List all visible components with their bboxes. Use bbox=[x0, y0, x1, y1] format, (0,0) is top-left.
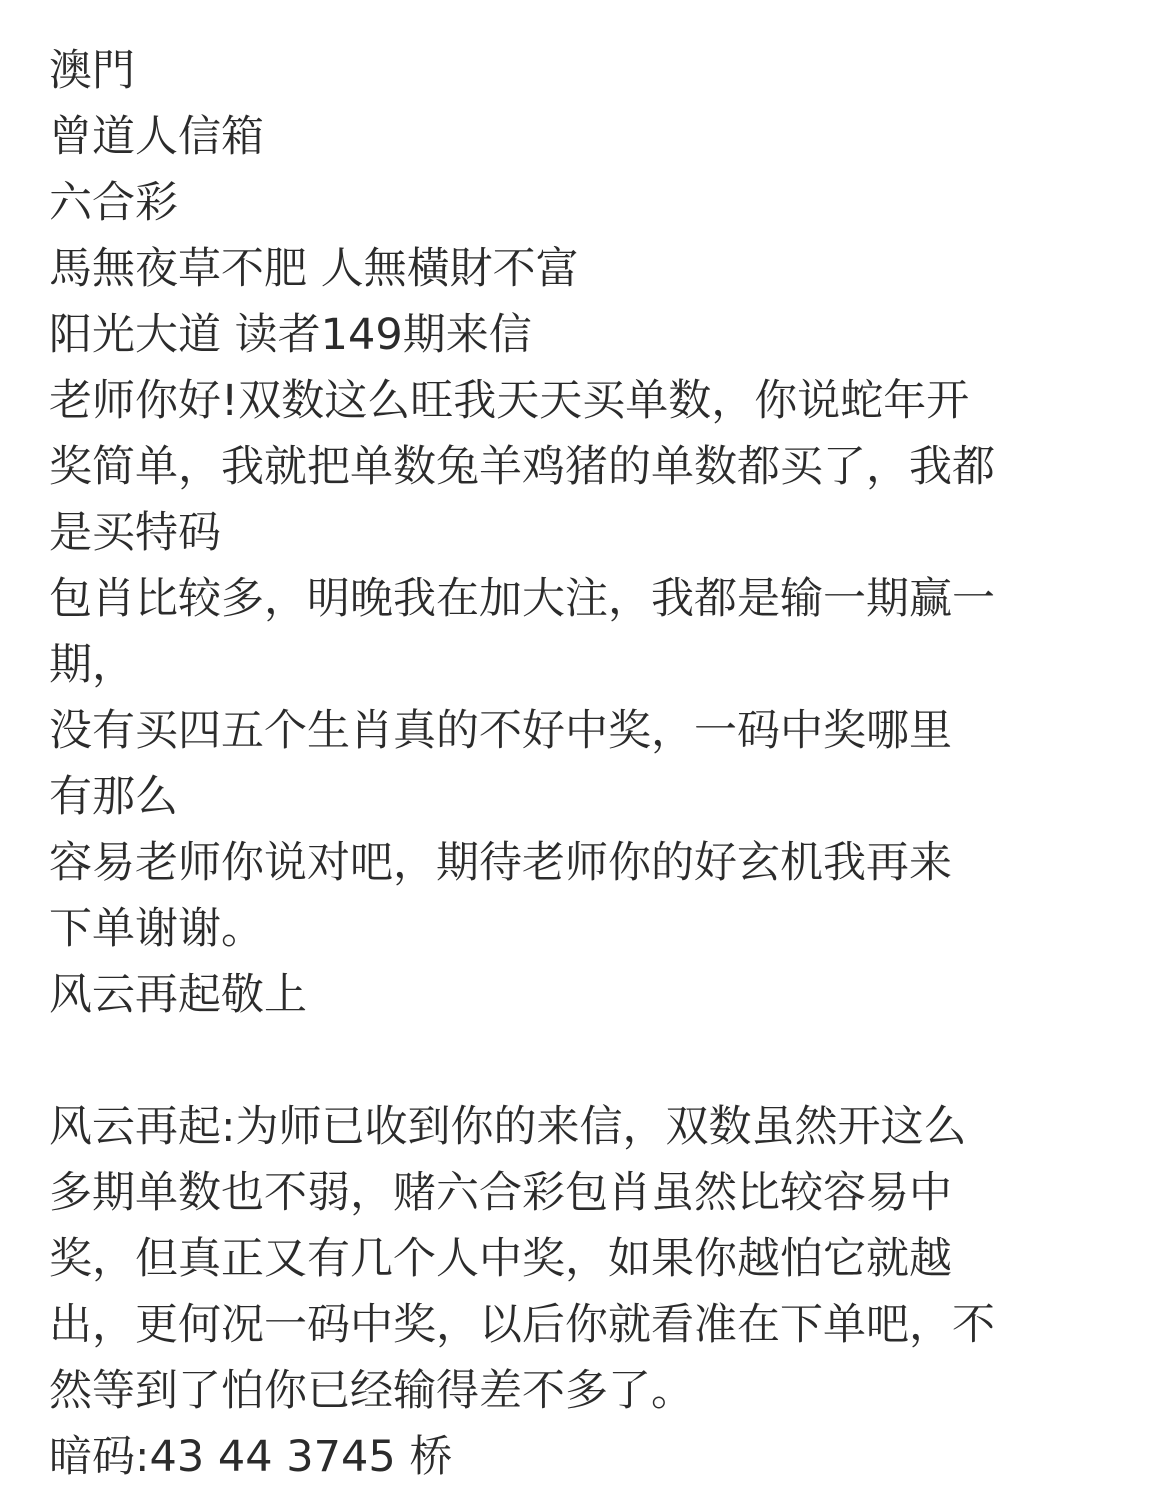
letter-line: 期， bbox=[49, 632, 1119, 698]
letter-signature: 风云再起敬上 bbox=[49, 962, 1119, 1028]
game-title: 六合彩 bbox=[49, 170, 1119, 236]
issue-line: 阳光大道 读者149期来信 bbox=[49, 302, 1119, 368]
reply-line: 风云再起:为师已收到你的来信，双数虽然开这么 bbox=[49, 1094, 1119, 1160]
letter-line: 下单谢谢。 bbox=[49, 896, 1119, 962]
paragraph-gap bbox=[49, 1028, 1119, 1094]
reply-line: 奖，但真正又有几个人中奖，如果你越怕它就越 bbox=[49, 1226, 1119, 1292]
letter-line: 有那么 bbox=[49, 764, 1119, 830]
reply-line: 多期单数也不弱，赌六合彩包肖虽然比较容易中 bbox=[49, 1160, 1119, 1226]
reply: 风云再起:为师已收到你的来信，双数虽然开这么 多期单数也不弱，赌六合彩包肖虽然比… bbox=[49, 1094, 1119, 1490]
letter-line: 是买特码 bbox=[49, 500, 1119, 566]
letter-line: 老师你好!双数这么旺我天天买单数，你说蛇年开 bbox=[49, 368, 1119, 434]
reader-letter: 老师你好!双数这么旺我天天买单数，你说蛇年开 奖简单，我就把单数兔羊鸡猪的单数都… bbox=[49, 368, 1119, 1028]
column-title: 曾道人信箱 bbox=[49, 104, 1119, 170]
reply-line: 出，更何况一码中奖，以后你就看准在下单吧，不 bbox=[49, 1292, 1119, 1358]
document-body: 澳門 曾道人信箱 六合彩 馬無夜草不肥 人無橫財不富 阳光大道 读者149期来信… bbox=[49, 38, 1119, 1490]
letter-line: 没有买四五个生肖真的不好中奖，一码中奖哪里 bbox=[49, 698, 1119, 764]
code-line: 暗码:43 44 3745 桥 bbox=[49, 1424, 1119, 1490]
reply-line: 然等到了怕你已经输得差不多了。 bbox=[49, 1358, 1119, 1424]
location-title: 澳門 bbox=[49, 38, 1119, 104]
letter-line: 包肖比较多，明晚我在加大注，我都是输一期赢一 bbox=[49, 566, 1119, 632]
proverb: 馬無夜草不肥 人無橫財不富 bbox=[49, 236, 1119, 302]
letter-line: 奖简单，我就把单数兔羊鸡猪的单数都买了，我都 bbox=[49, 434, 1119, 500]
letter-line: 容易老师你说对吧，期待老师你的好玄机我再来 bbox=[49, 830, 1119, 896]
